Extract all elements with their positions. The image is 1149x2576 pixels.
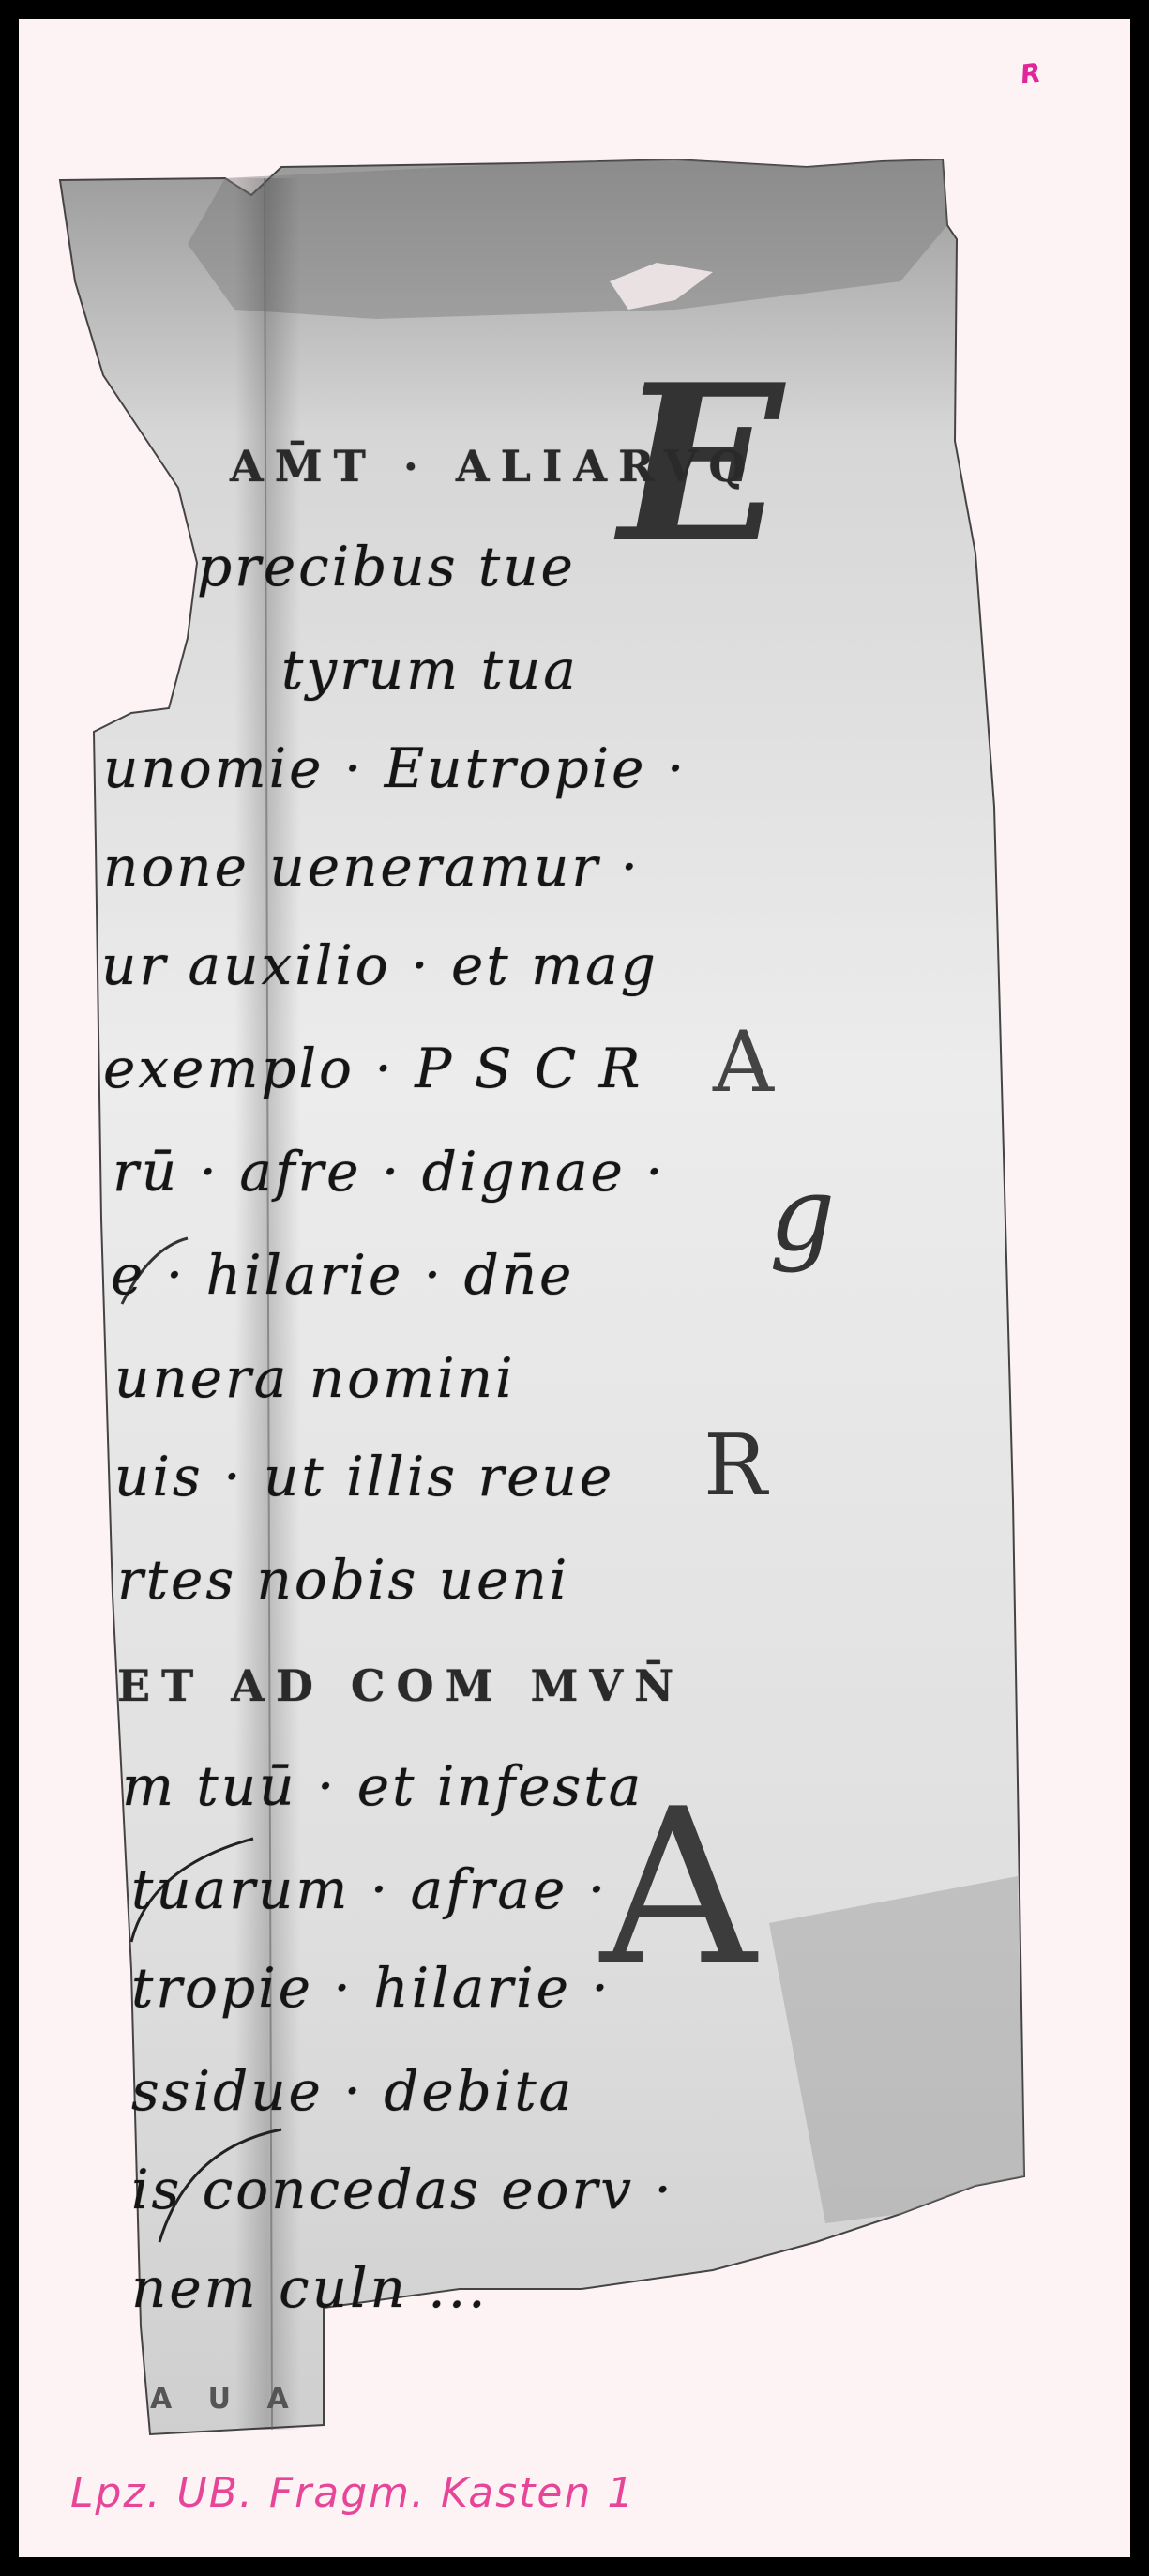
manuscript-line-11: uis · ut illis reue [114,1445,614,1508]
manuscript-line-18: is concedas eorv · [131,2158,674,2221]
manuscript-line-7: exemplo · P S C R [103,1037,643,1100]
manuscript-line-14: m tuū · et infesta [122,1754,643,1818]
manuscript-line-19: nem culn ... [131,2256,489,2320]
manuscript-line-4: unomie · Eutropie · [103,736,687,800]
marginal-letter-a-large: A [600,1764,756,2014]
manuscript-line-13: ET AD COM MVN̄ [117,1660,685,1711]
manuscript-line-6: ur auxilio · et mag [101,933,658,997]
manuscript-line-10: unera nomini [114,1346,516,1410]
bottom-edge-letters: A U A [150,2383,302,2416]
manuscript-line-16: tropie · hilarie · [131,1956,612,2020]
top-right-pencil-mark: R [1019,57,1043,91]
shelfmark-caption: Lpz. UB. Fragm. Kasten 1 [70,2469,635,2517]
manuscript-line-1: AM̄T · ALIARVQ [230,441,757,492]
manuscript-line-15: tuarum · afrae · [131,1857,608,1921]
manuscript-line-12: rtes nobis ueni [117,1548,569,1612]
manuscript-line-9: e · hilarie · dn̄e [111,1243,574,1307]
manuscript-line-2: precibus tue [197,535,576,599]
manuscript-line-5: none ueneramur · [103,835,641,899]
marginal-letter-g: g [769,1154,835,1274]
manuscript-line-8: rū · afre · dignae · [113,1140,666,1204]
marginal-letter-r: R [703,1417,767,1515]
manuscript-line-3: tyrum tua [281,638,579,702]
manuscript-text-block: E AM̄T · ALIARVQ precibus tue tyrum tua … [0,0,1149,2576]
marginal-letter-a-small: A [713,1013,774,1112]
manuscript-line-17: ssidue · debita [131,2059,574,2123]
